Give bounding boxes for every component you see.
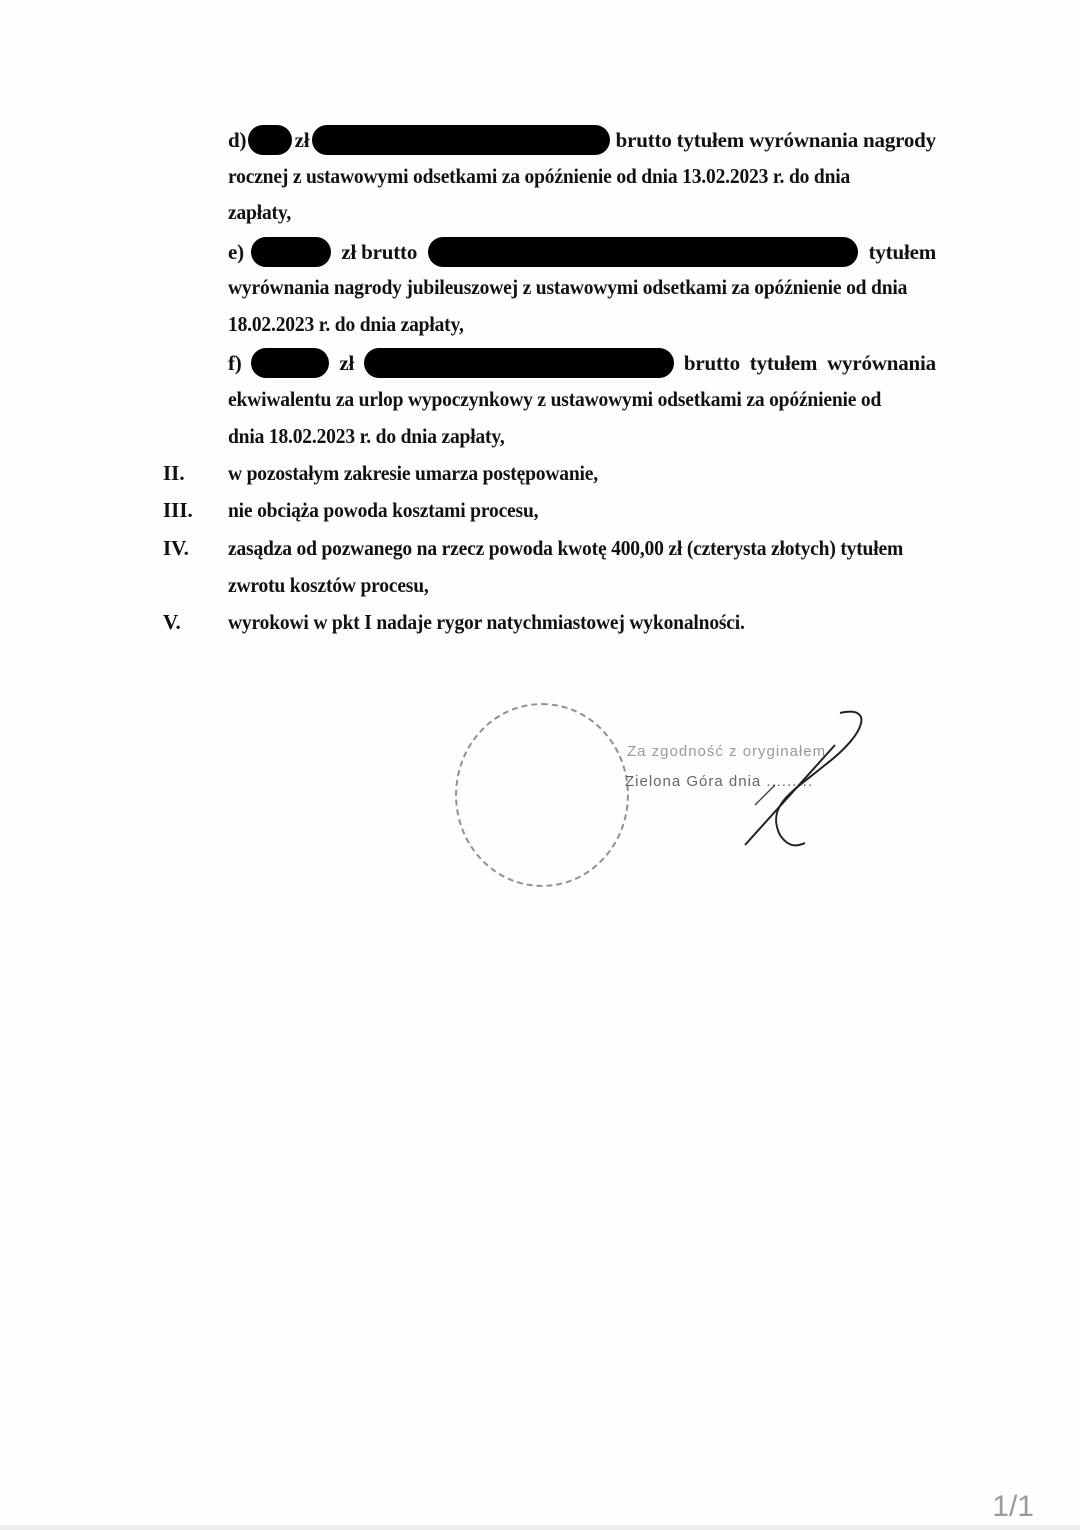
point-text: wyrokowi w pkt I nadaje rygor natychmias… bbox=[228, 609, 745, 635]
item-d-text: brutto tytułem wyrównania nagrody bbox=[616, 127, 936, 153]
redaction-amount-words bbox=[364, 348, 674, 378]
item-label: e) bbox=[228, 239, 244, 265]
redaction-amount bbox=[251, 237, 331, 267]
item-e-line2: wyrównania nagrody jubileuszowej z ustaw… bbox=[228, 274, 907, 300]
court-stamp-signature: Za zgodność z oryginałem Zielona Góra dn… bbox=[445, 695, 895, 895]
point-text: zasądza od pozwanego na rzecz powoda kwo… bbox=[228, 535, 903, 561]
item-e-line3: 18.02.2023 r. do dnia zapłaty, bbox=[228, 311, 464, 337]
signature-icon bbox=[445, 695, 895, 895]
item-d-line3: zapłaty, bbox=[228, 199, 291, 225]
item-e-text: tytułem bbox=[869, 239, 936, 265]
item-f-line1: f) zł brutto tytułem wyrównania bbox=[228, 348, 936, 378]
document-page: d) zł brutto tytułem wyrównania nagrody … bbox=[0, 0, 1080, 1525]
point-numeral: III. bbox=[163, 497, 193, 523]
item-d-line1: d) zł brutto tytułem wyrównania nagrody bbox=[228, 125, 936, 155]
item-d-line2: rocznej z ustawowymi odsetkami za opóźni… bbox=[228, 163, 850, 189]
point-numeral: V. bbox=[163, 609, 181, 635]
word: tytułem bbox=[750, 350, 817, 376]
item-label: f) bbox=[228, 350, 242, 376]
redaction-amount bbox=[251, 348, 329, 378]
currency: zł bbox=[295, 127, 310, 153]
point-numeral: II. bbox=[163, 460, 185, 486]
redaction-amount bbox=[248, 125, 292, 155]
word: brutto bbox=[684, 350, 740, 376]
point-text: nie obciąża powoda kosztami procesu, bbox=[228, 497, 538, 523]
item-label: d) bbox=[228, 127, 246, 153]
point-text: w pozostałym zakresie umarza postępowani… bbox=[228, 460, 598, 486]
viewer-bottom-bar bbox=[0, 1525, 1080, 1530]
page-indicator: 1/1 bbox=[992, 1490, 1034, 1524]
point-text-continued: zwrotu kosztów procesu, bbox=[228, 572, 429, 598]
word: wyrównania bbox=[827, 350, 936, 376]
currency: zł bbox=[339, 350, 354, 376]
item-f-line3: dnia 18.02.2023 r. do dnia zapłaty, bbox=[228, 423, 505, 449]
item-f-line2: ekwiwalentu za urlop wypoczynkowy z usta… bbox=[228, 386, 881, 412]
redaction-amount-words bbox=[312, 125, 610, 155]
currency: zł brutto bbox=[341, 239, 417, 265]
item-e-line1: e) zł brutto tytułem bbox=[228, 237, 936, 267]
redaction-amount-words bbox=[428, 237, 858, 267]
point-numeral: IV. bbox=[163, 535, 189, 561]
